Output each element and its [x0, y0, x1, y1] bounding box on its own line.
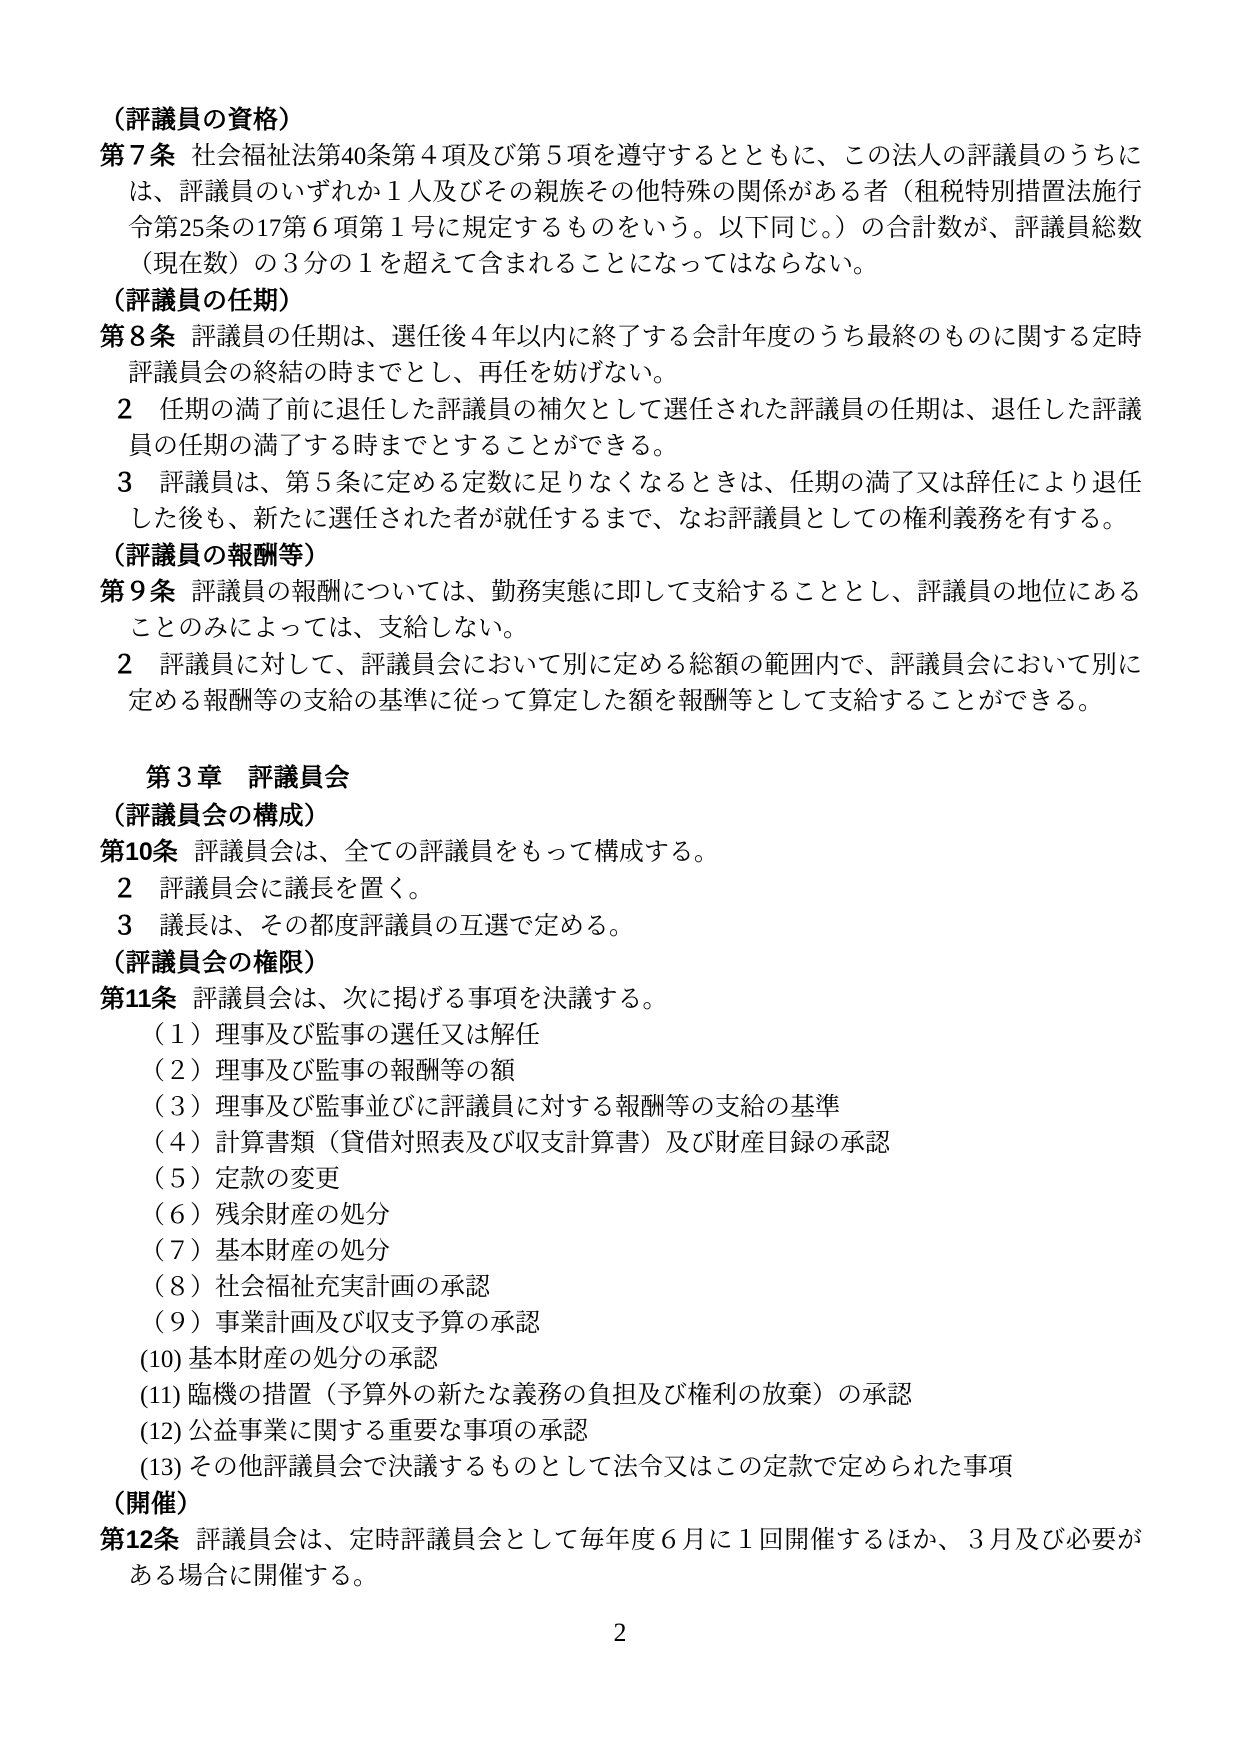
list-item: （９）事業計画及び収支予算の承認 [100, 1306, 1142, 1342]
list-item: （７）基本財産の処分 [100, 1234, 1142, 1270]
clause-label: 第10条 [100, 838, 178, 866]
page-number: 2 [614, 1618, 627, 1647]
list-item: （３）理事及び監事並びに評議員に対する報酬等の支給の基準 [100, 1090, 1142, 1126]
clause: ３評議員は、第５条に定める定数に足りなくなるときは、任期の満了又は辞任により退任… [100, 465, 1142, 538]
list-item: (12) 公益事業に関する重要な事項の承認 [100, 1414, 1142, 1450]
clause-text: 評議員の報酬については、勤務実態に即して支給することとし、評議員の地位にあること… [128, 579, 1142, 642]
clause: ２評議員会に議長を置く。 [100, 871, 1142, 908]
clause-label: ２ [112, 396, 137, 424]
clause-text: 任期の満了前に退任した評議員の補欠として選任された評議員の任期は、退任した評議員… [128, 397, 1142, 460]
list-item: （８）社会福祉充実計画の承認 [100, 1270, 1142, 1306]
clause-label: ３ [112, 912, 137, 940]
article: 第７条社会福祉法第40条第４項及び第５項を遵守するとともに、この法人の評議員のう… [100, 138, 1142, 283]
clause-text: 社会福祉法第40条第４項及び第５項を遵守するとともに、この法人の評議員のうちには… [128, 143, 1142, 278]
clause: ３議長は、その都度評議員の互選で定める。 [100, 908, 1142, 945]
list-item: (10) 基本財産の処分の承認 [100, 1342, 1142, 1378]
clause: ２評議員に対して、評議員会において別に定める総額の範囲内で、評議員会において別に… [100, 647, 1142, 720]
clause-text: 評議員会は、全ての評議員をもって構成する。 [194, 839, 719, 866]
clause-text: 評議員に対して、評議員会において別に定める総額の範囲内で、評議員会において別に定… [128, 652, 1142, 715]
clause-label: 第９条 [100, 578, 175, 606]
document-page: （評議員の資格）第７条社会福祉法第40条第４項及び第５項を遵守するとともに、この… [0, 0, 1240, 1755]
article: 第10条評議員会は、全ての評議員をもって構成する。 [100, 834, 1142, 871]
article: 第11条評議員会は、次に掲げる事項を決議する。 [100, 981, 1142, 1018]
clause: ２任期の満了前に退任した評議員の補欠として選任された評議員の任期は、退任した評議… [100, 392, 1142, 465]
section-heading: （評議員の資格） [100, 102, 1142, 138]
clause-label: ２ [112, 875, 137, 903]
page-footer: 2 [0, 1618, 1240, 1648]
list-item: （１）理事及び監事の選任又は解任 [100, 1018, 1142, 1054]
clause-text: 評議員会は、次に掲げる事項を決議する。 [192, 986, 667, 1013]
clause-label: 第11条 [100, 985, 176, 1013]
clause-text: 評議員会に議長を置く。 [159, 876, 434, 903]
section-heading: （評議員の任期） [100, 283, 1142, 319]
clause-label: ２ [112, 651, 137, 679]
chapter-heading: 第３章 評議員会 [100, 760, 1142, 796]
clause-text: 議長は、その都度評議員の互選で定める。 [159, 913, 634, 940]
section-heading: （評議員の報酬等） [100, 538, 1142, 574]
list-item: （４）計算書類（貸借対照表及び収支計算書）及び財産目録の承認 [100, 1126, 1142, 1162]
clause-text: 評議員の任期は、選任後４年以内に終了する会計年度のうち最終のものに関する定時評議… [128, 324, 1142, 387]
list-item: （２）理事及び監事の報酬等の額 [100, 1054, 1142, 1090]
article: 第９条評議員の報酬については、勤務実態に即して支給することとし、評議員の地位にあ… [100, 574, 1142, 647]
clause-label: 第12条 [100, 1526, 180, 1554]
list-item: （５）定款の変更 [100, 1162, 1142, 1198]
clause-label: 第８条 [100, 323, 175, 351]
clause-text: 評議員会は、定時評議員会として毎年度６月に１回開催するほか、３月及び必要がある場… [128, 1527, 1142, 1590]
section-heading: （開催） [100, 1486, 1142, 1522]
article: 第８条評議員の任期は、選任後４年以内に終了する会計年度のうち最終のものに関する定… [100, 319, 1142, 392]
document-body: （評議員の資格）第７条社会福祉法第40条第４項及び第５項を遵守するとともに、この… [100, 102, 1142, 1595]
list-item: (11) 臨機の措置（予算外の新たな義務の負担及び権利の放棄）の承認 [100, 1378, 1142, 1414]
section-heading: （評議員会の構成） [100, 798, 1142, 834]
list-item: （６）残余財産の処分 [100, 1198, 1142, 1234]
section-heading: （評議員会の権限） [100, 945, 1142, 981]
list-item: (13) その他評議員会で決議するものとして法令又はこの定款で定められた事項 [100, 1450, 1142, 1486]
clause-label: ３ [112, 469, 137, 497]
clause-label: 第７条 [100, 142, 175, 170]
clause-text: 評議員は、第５条に定める定数に足りなくなるときは、任期の満了又は辞任により退任し… [128, 470, 1142, 533]
article: 第12条評議員会は、定時評議員会として毎年度６月に１回開催するほか、３月及び必要… [100, 1522, 1142, 1595]
